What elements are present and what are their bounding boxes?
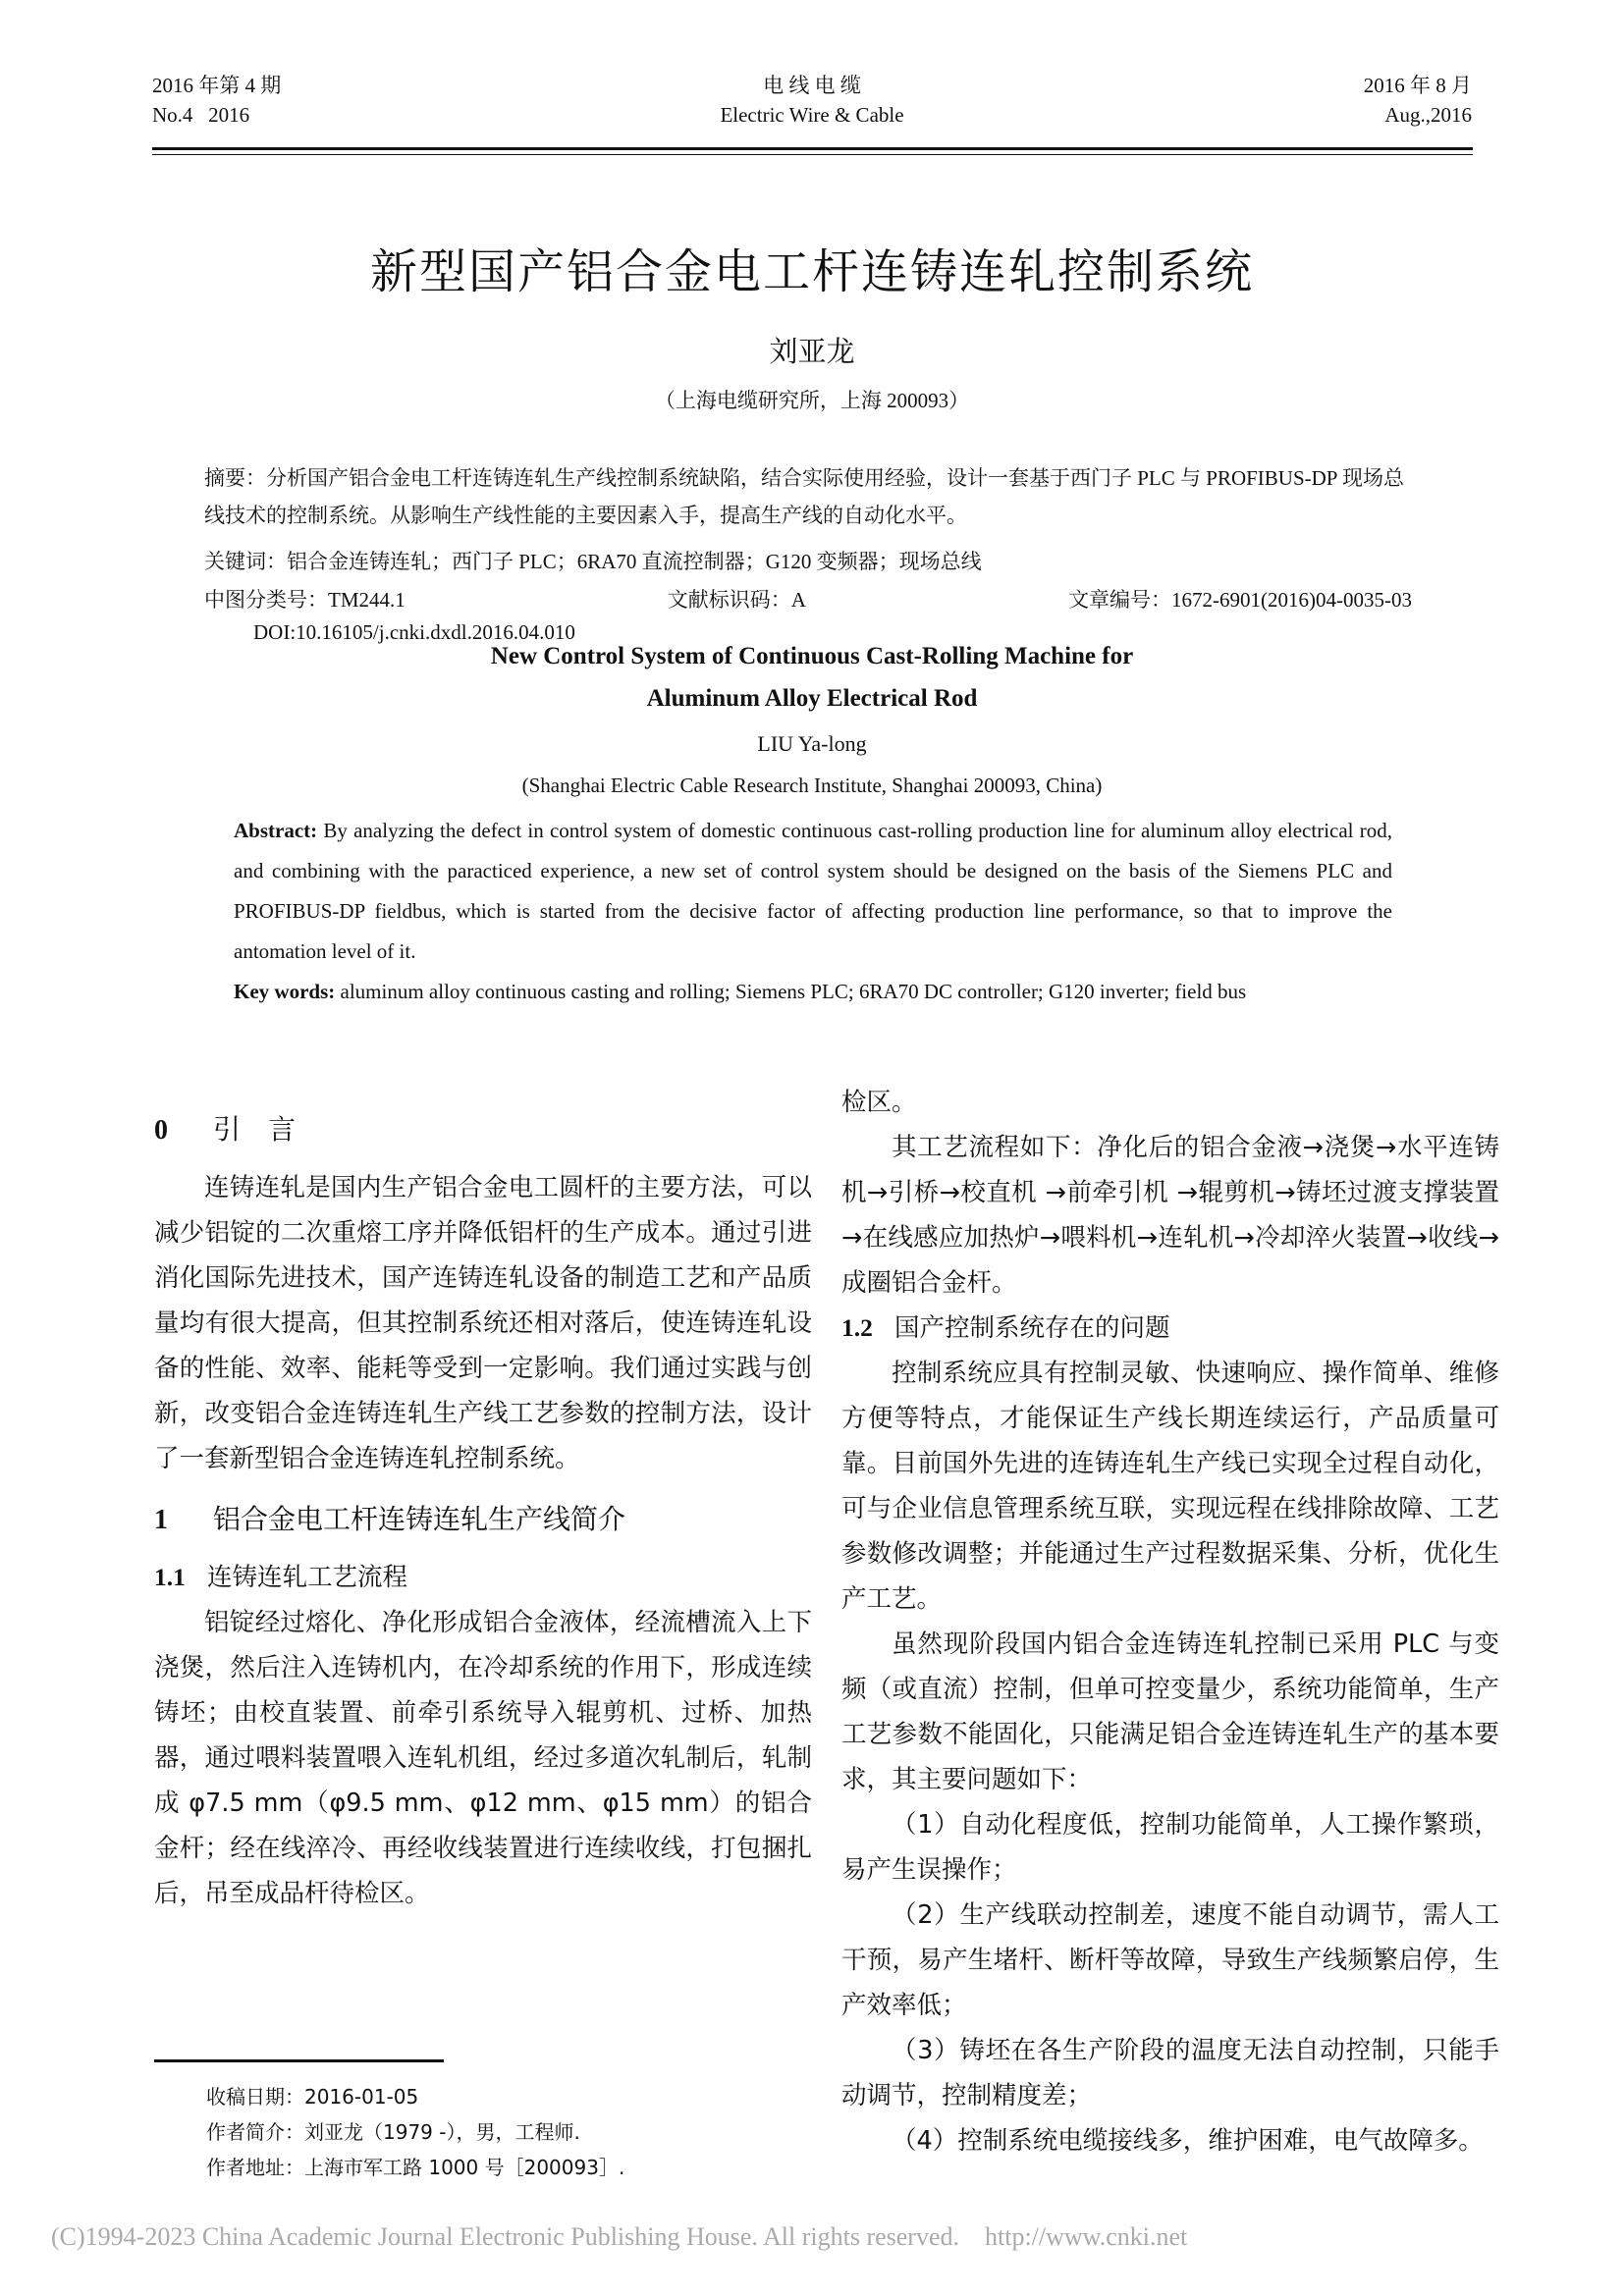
- paragraph: 连铸连轧是国内生产铝合金电工圆杆的主要方法，可以减少铝锭的二次重熔工序并降低铝杆…: [154, 1165, 812, 1481]
- subsection-heading-1-1: 1.1连铸连轧工艺流程: [154, 1555, 812, 1600]
- footnote-bio: 作者简介：刘亚龙（1979 -），男，工程师.: [206, 2114, 580, 2150]
- paragraph: 控制系统应具有控制灵敏、快速响应、操作简单、维修方便等特点，才能保证生产线长期连…: [841, 1351, 1499, 1622]
- body-column-left: 0引 言 连铸连轧是国内生产铝合金电工圆杆的主要方法，可以减少铝锭的二次重熔工序…: [154, 1099, 812, 1916]
- header-date: 2016 年 8 月 Aug.,2016: [1364, 71, 1472, 130]
- paragraph: 虽然现阶段国内铝合金连铸连轧控制已采用 PLC 与变频（或直流）控制，但单可控变…: [841, 1622, 1499, 1802]
- subsection-heading-1-2: 1.2国产控制系统存在的问题: [841, 1306, 1499, 1351]
- footnote-rule: [154, 2059, 444, 2062]
- article-number: 文章编号：1672-6901(2016)04-0035-03: [1068, 584, 1412, 614]
- affiliation-cn: （上海电缆研究所，上海 200093）: [0, 385, 1624, 414]
- affiliation-en: (Shanghai Electric Cable Research Instit…: [0, 774, 1624, 798]
- paragraph-continuation: 检区。: [841, 1080, 1499, 1125]
- clc-number: 中图分类号：TM244.1: [204, 584, 406, 614]
- list-item: （4）控制系统电缆接线多，维护困难，电气故障多。: [841, 2118, 1499, 2163]
- section-heading-0: 0引 言: [154, 1107, 812, 1153]
- author-cn: 刘亚龙: [0, 330, 1624, 370]
- paragraph: 铝锭经过熔化、净化形成铝合金液体，经流槽流入上下浇煲，然后注入连铸机内，在冷却系…: [154, 1600, 812, 1916]
- keywords-cn: 关键词：铝合金连铸连轧；西门子 PLC；6RA70 直流控制器；G120 变频器…: [204, 543, 1412, 580]
- paper-title-en-line1: New Control System of Continuous Cast-Ro…: [0, 643, 1624, 670]
- footnote-address: 作者地址：上海市军工路 1000 号［200093］.: [206, 2150, 624, 2185]
- doi[interactable]: DOI:10.16105/j.cnki.dxdl.2016.04.010: [253, 620, 575, 645]
- footnote-received: 收稿日期：2016-01-05: [206, 2079, 418, 2114]
- copyright-footer: (C)1994-2023 China Academic Journal Elec…: [51, 2222, 1187, 2252]
- paragraph: 其工艺流程如下：净化后的铝合金液→浇煲→水平连铸机→引桥→校直机 →前牵引机 →…: [841, 1125, 1499, 1306]
- section-heading-1: 1铝合金电工杆连铸连轧生产线简介: [154, 1497, 812, 1543]
- paper-title-en-line2: Aluminum Alloy Electrical Rod: [0, 685, 1624, 713]
- list-item: （1）自动化程度低，控制功能简单，人工操作繁琐，易产生误操作；: [841, 1802, 1499, 1893]
- keywords-en: Key words: aluminum alloy continuous cas…: [234, 972, 1392, 1012]
- list-item: （2）生产线联动控制差，速度不能自动调节，需人工干预，易产生堵杆、断杆等故障，导…: [841, 1893, 1499, 2028]
- author-en: LIU Ya-long: [0, 731, 1624, 757]
- document-code: 文献标识码：A: [668, 584, 806, 614]
- abstract-en: Abstract: By analyzing the defect in con…: [234, 811, 1392, 1012]
- header-rule-thin: [152, 154, 1473, 155]
- header-rule-thick: [152, 147, 1473, 150]
- list-item: （3）铸坯在各生产阶段的温度无法自动控制，只能手动调节，控制精度差；: [841, 2028, 1499, 2118]
- body-column-right: 检区。 其工艺流程如下：净化后的铝合金液→浇煲→水平连铸机→引桥→校直机 →前牵…: [841, 1080, 1499, 2163]
- abstract-cn: 摘要：分析国产铝合金电工杆连铸连轧生产线控制系统缺陷，结合实际使用经验，设计一套…: [204, 459, 1412, 534]
- classification-row: 中图分类号：TM244.1 文献标识码：A 文章编号：1672-6901(201…: [204, 584, 1412, 614]
- paper-title-cn: 新型国产铝合金电工杆连铸连轧控制系统: [0, 234, 1624, 301]
